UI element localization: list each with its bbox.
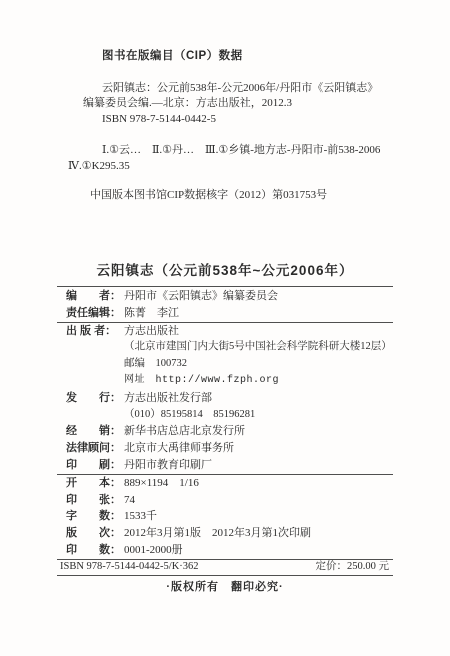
field-label: 责任编辑： (66, 305, 124, 322)
field-label: 发 行： (66, 390, 124, 407)
colophon-table: 编 者：丹阳市《云阳镇志》编纂委员会 责任编辑：陈菁 李江 出 版 者：方志出版… (57, 286, 393, 576)
field-value: 1533千 (124, 508, 393, 525)
field-label: 法律顾问： (66, 440, 124, 457)
field-value: 方志出版社发行部 (124, 390, 393, 407)
cip-classification-line2: Ⅳ.①K295.35 (68, 159, 398, 175)
price-value: 250.00 元 (347, 561, 389, 572)
row-printer: 印 刷：丹阳市教育印刷厂 (57, 457, 393, 474)
row-sales: 经 销：新华书店总店北京发行所 (57, 423, 393, 440)
price: 定价：250.00 元 (316, 559, 390, 576)
field-label: 印 刷： (66, 457, 124, 474)
cip-record-number: 中国版本图书馆CIP数据核字（2012）第031753号 (90, 188, 398, 204)
row-publisher-address: （北京市建国门内大街5号中国社会科学院科研大楼12层） (57, 339, 393, 356)
field-label: 经 销： (66, 423, 124, 440)
field-value: 丹阳市《云阳镇志》编纂委员会 (124, 288, 393, 305)
copyright-page: 图书在版编目（CIP）数据 云阳镇志：公元前538年-公元2006年/丹阳市《云… (0, 0, 450, 656)
row-phone-numbers: （010）85195814 85196281 (57, 407, 393, 424)
field-value: 0001-2000册 (124, 542, 393, 559)
field-value: （北京市建国门内大街5号中国社会科学院科研大楼12层） (124, 339, 393, 356)
field-value: 方志出版社 (124, 323, 393, 340)
row-publisher: 出 版 者：方志出版社 (57, 323, 393, 340)
row-edition: 版 次：2012年3月第1版 2012年3月第1次印刷 (57, 525, 393, 542)
row-postal-code: 邮编 100732 (57, 356, 393, 373)
field-label: 版 次： (66, 525, 124, 542)
cip-description-line2: 编纂委员会编.—北京：方志出版社，2012.3 (83, 96, 398, 112)
row-website: 网址 http://www.fzph.org (57, 373, 393, 390)
field-value: 丹阳市教育印刷厂 (124, 457, 393, 474)
field-label: 出 版 者： (66, 323, 124, 340)
field-value: 邮编 100732 (124, 356, 393, 373)
field-value: 新华书店总店北京发行所 (124, 423, 393, 440)
cip-heading: 图书在版编目（CIP）数据 (102, 49, 398, 65)
field-value: 2012年3月第1版 2012年3月第1次印刷 (124, 525, 393, 542)
field-label: 编 者： (66, 288, 124, 305)
cip-description-line1: 云阳镇志：公元前538年-公元2006年/丹阳市《云阳镇志》 (102, 81, 398, 97)
field-value: （010）85195814 85196281 (124, 407, 393, 424)
field-value: 74 (124, 492, 393, 509)
field-label: 开 本： (66, 475, 124, 492)
copyright-notice: ·版权所有 翻印必究· (0, 578, 450, 594)
field-label: 印 张： (66, 492, 124, 509)
row-word-count: 字 数：1533千 (57, 508, 393, 525)
field-value: 北京市大禹律师事务所 (124, 440, 393, 457)
cip-isbn: ISBN 978-7-5144-0442-5 (102, 112, 398, 128)
row-legal-counsel: 法律顾问：北京市大禹律师事务所 (57, 440, 393, 457)
row-format: 开 本：889×1194 1/16 (57, 475, 393, 492)
row-responsible-editor: 责任编辑：陈菁 李江 (57, 305, 393, 322)
isbn-price-row: ISBN 978-7-5144-0442-5/K·362 定价：250.00 元 (57, 559, 393, 576)
cip-classification-line1: Ⅰ.①云… Ⅱ.①丹… Ⅲ.①乡镇-地方志-丹阳市-前538-2006 (102, 143, 398, 159)
row-distributor: 发 行：方志出版社发行部 (57, 390, 393, 407)
row-print-run: 印 数：0001-2000册 (57, 542, 393, 559)
row-sheets: 印 张：74 (57, 492, 393, 509)
field-value: 889×1194 1/16 (124, 475, 393, 492)
field-value: 陈菁 李江 (124, 305, 393, 322)
price-label: 定价： (316, 561, 348, 572)
isbn-number: ISBN 978-7-5144-0442-5/K·362 (60, 559, 199, 576)
field-label: 印 数： (66, 542, 124, 559)
cip-section: 图书在版编目（CIP）数据 云阳镇志：公元前538年-公元2006年/丹阳市《云… (68, 49, 398, 204)
row-editor: 编 者：丹阳市《云阳镇志》编纂委员会 (57, 288, 393, 305)
book-title: 云阳镇志（公元前538年~公元2006年） (0, 259, 450, 279)
website-url: 网址 http://www.fzph.org (124, 373, 393, 390)
field-label: 字 数： (66, 508, 124, 525)
